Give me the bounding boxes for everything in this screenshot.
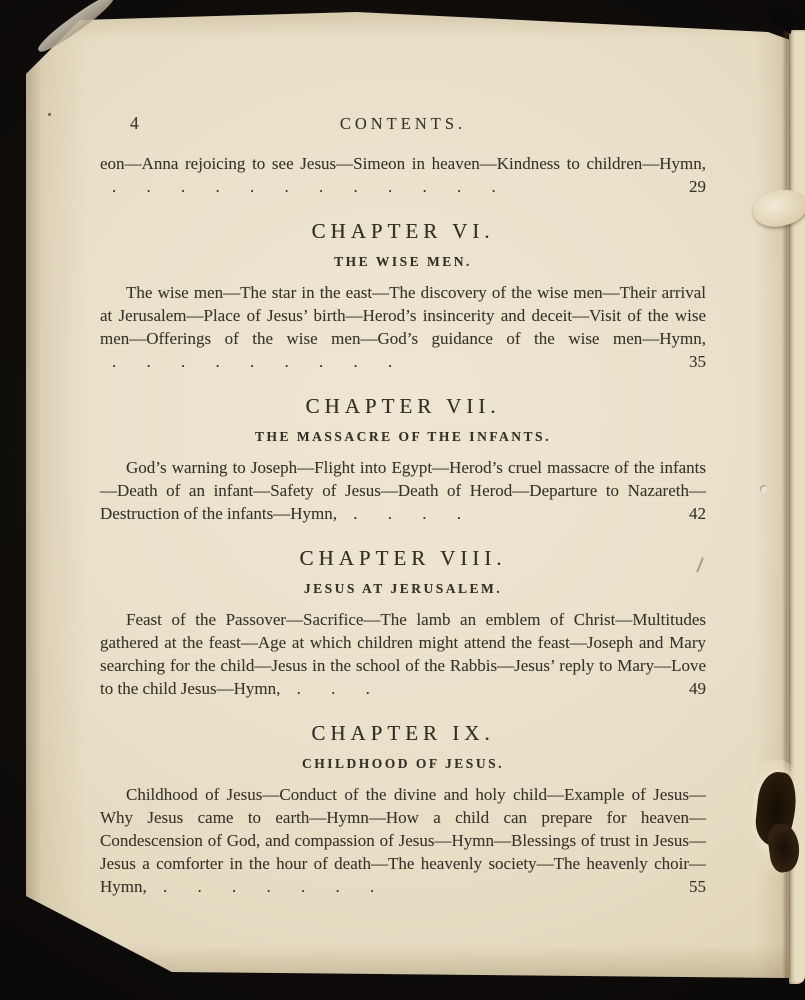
contents-title: CONTENTS. xyxy=(100,112,706,135)
folio-number: 4 xyxy=(130,112,139,135)
leader-dots: . . . . . . . . . . . . xyxy=(112,177,496,196)
paper-dent xyxy=(760,485,768,493)
page-header: 4 CONTENTS. xyxy=(100,112,706,135)
page-ref: 55 xyxy=(663,875,706,898)
toc-continuation-entry: eon—Anna rejoicing to see Jesus—Simeon i… xyxy=(100,152,706,198)
page-ref: 29 xyxy=(689,175,706,198)
chapter-heading: CHAPTER IX. xyxy=(100,722,706,745)
chapter-subheading: CHILDHOOD OF JESUS. xyxy=(100,752,706,775)
leader-dots: . . . xyxy=(297,679,370,698)
chapter-summary: God’s warning to Joseph—Flight into Egyp… xyxy=(100,456,706,525)
toc-entry-text: eon—Anna rejoicing to see Jesus—Simeon i… xyxy=(100,154,706,173)
page-ref: 49 xyxy=(663,677,706,700)
chapter-section: CHAPTER VIII. JESUS AT JERUSALEM. Feast … xyxy=(100,547,706,700)
page-ref: 35 xyxy=(663,350,706,373)
leader-dots: . . . . xyxy=(353,504,461,523)
chapter-summary: Childhood of Jesus—Conduct of the divine… xyxy=(100,783,706,898)
toc-entry-text: The wise men—The star in the east—The di… xyxy=(100,283,706,348)
chapter-section: CHAPTER VII. THE MASSACRE OF THE INFANTS… xyxy=(100,395,706,525)
chapter-section: CHAPTER IX. CHILDHOOD OF JESUS. Childhoo… xyxy=(100,722,706,898)
leader-dots: . . . . . . . xyxy=(163,877,374,896)
chapter-heading: CHAPTER VI. xyxy=(100,220,706,243)
chapter-subheading: THE MASSACRE OF THE INFANTS. xyxy=(100,425,706,448)
page-content: 4 CONTENTS. eon—Anna rejoicing to see Je… xyxy=(100,112,706,898)
chapter-summary: Feast of the Passover—Sacrifice—The lamb… xyxy=(100,608,706,700)
chapter-subheading: THE WISE MEN. xyxy=(100,250,706,273)
chapter-summary: The wise men—The star in the east—The di… xyxy=(100,281,706,373)
chapter-subheading: JESUS AT JERUSALEM. xyxy=(100,577,706,600)
toc-entry-text: Feast of the Passover—Sacrifice—The lamb… xyxy=(100,610,706,698)
page-ref: 42 xyxy=(663,502,706,525)
paper-speck xyxy=(48,113,51,116)
chapter-heading: CHAPTER VII. xyxy=(100,395,706,418)
chapter-heading: CHAPTER VIII. xyxy=(100,547,706,570)
book-scan: 4 CONTENTS. eon—Anna rejoicing to see Je… xyxy=(0,0,805,1000)
leader-dots: . . . . . . . . . xyxy=(112,352,392,371)
chapter-section: CHAPTER VI. THE WISE MEN. The wise men—T… xyxy=(100,220,706,373)
